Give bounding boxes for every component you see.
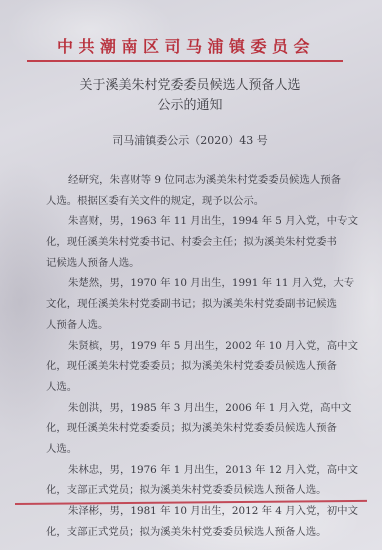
candidate-entry-5: 朱林忠，男，1976 年 1 月出生，2013 年 12 月入党，高中文 (46, 460, 338, 481)
document-paper: 中共潮南区司马浦镇委员会 关于溪美朱村党委委员候选人预备人选 公示的通知 司马浦… (0, 0, 382, 550)
body-line: 文化，现任溪美朱村党委副书记；拟为溪美朱村党委副书记候选 (46, 294, 338, 315)
body-line: 记候选人预备人选。 (46, 253, 338, 274)
body-line: 人选。 (46, 439, 338, 460)
body-line: 人选。根据区委有关文件的规定，现予以公示。 (46, 191, 338, 212)
body-line: 化，现任溪美朱村党委委员；拟为溪美朱村党委委员候选人预备 (46, 356, 338, 377)
body-line: 化，支部正式党员；拟为溪美朱村党委委员候选人预备人选。 (46, 522, 338, 543)
organization-title: 中共潮南区司马浦镇委员会 (26, 34, 346, 57)
body-line-intro: 经研究，朱喜财等 9 位同志为溪美朱村党委委员候选人预备 (46, 170, 338, 191)
notice-body: 经研究，朱喜财等 9 位同志为溪美朱村党委委员候选人预备 人选。根据区委有关文件… (46, 170, 338, 542)
candidate-entry-2: 朱楚然，男，1970 年 10 月出生，1991 年 11 月入党，大专 (46, 273, 338, 294)
candidate-entry-4: 朱创洪，男，1985 年 3 月出生，2006 年 1 月入党，高中文 (46, 398, 338, 419)
document-number: 司马浦镇委公示（2020）43 号 (40, 132, 340, 148)
body-line: 化，支部正式党员；拟为溪美朱村党委委员候选人预备人选。 (46, 480, 338, 501)
body-line: 化，现任溪美朱村党委书记、村委会主任；拟为溪美朱村党委书 (46, 232, 338, 253)
notice-title-line-2: 公示的通知 (40, 94, 340, 113)
red-divider-top (27, 60, 343, 62)
candidate-entry-3: 朱贤槟，男，1979 年 5 月出生，2002 年 10 月入党，高中文 (46, 336, 338, 357)
body-line: 化，现任溪美朱村党委委员；拟为溪美朱村党委委员候选人预备 (46, 418, 338, 439)
body-line: 人选。 (46, 377, 338, 398)
body-line: 人预备人选。 (46, 315, 338, 336)
notice-title-line-1: 关于溪美朱村党委委员候选人预备人选 (40, 74, 340, 93)
candidate-entry-1: 朱喜财，男，1963 年 11 月出生，1994 年 5 月入党，中专文 (46, 211, 338, 232)
